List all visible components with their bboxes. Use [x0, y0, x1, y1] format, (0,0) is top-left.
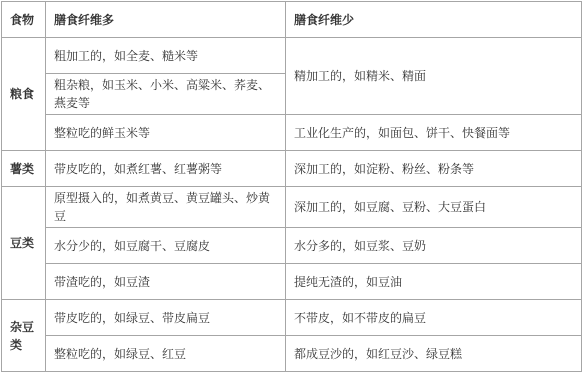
- cell-tubers-low-1: 深加工的，如淀粉、粉丝、粉条等: [286, 151, 582, 187]
- cell-beans-high-3: 带渣吃的，如豆渣: [46, 264, 286, 300]
- cell-mixed-beans-low-1: 不带皮，如不带皮的扁豆: [286, 300, 582, 336]
- group-beans: 豆类: [2, 187, 46, 300]
- cell-grains-high-2: 粗杂粮，如玉米、小米、高粱米、荞麦、燕麦等: [46, 74, 286, 115]
- table-row: 整粒吃的鲜玉米等 工业化生产的，如面包、饼干、快餐面等: [2, 115, 582, 151]
- table-row: 粮食 粗加工的，如全麦、糙米等 精加工的，如精米、精面: [2, 38, 582, 74]
- table-row: 整粒吃的，如绿豆、红豆 都成豆沙的，如红豆沙、绿豆糕: [2, 336, 582, 372]
- group-grains: 粮食: [2, 38, 46, 151]
- cell-tubers-high-1: 带皮吃的，如煮红薯、红薯粥等: [46, 151, 286, 187]
- cell-beans-high-1: 原型摄入的，如煮黄豆、黄豆罐头、炒黄豆: [46, 187, 286, 228]
- header-high-fiber: 膳食纤维多: [46, 2, 286, 38]
- cell-grains-high-1: 粗加工的，如全麦、糙米等: [46, 38, 286, 74]
- table-row: 薯类 带皮吃的，如煮红薯、红薯粥等 深加工的，如淀粉、粉丝、粉条等: [2, 151, 582, 187]
- table-header-row: 食物 膳食纤维多 膳食纤维少: [2, 2, 582, 38]
- header-low-fiber: 膳食纤维少: [286, 2, 582, 38]
- cell-beans-high-2: 水分少的，如豆腐干、豆腐皮: [46, 228, 286, 264]
- cell-beans-low-3: 提纯无渣的，如豆油: [286, 264, 582, 300]
- cell-mixed-beans-low-2: 都成豆沙的，如红豆沙、绿豆糕: [286, 336, 582, 372]
- group-mixed-beans: 杂豆类: [2, 300, 46, 372]
- table-row: 豆类 原型摄入的，如煮黄豆、黄豆罐头、炒黄豆 深加工的，如豆腐、豆粉、大豆蛋白: [2, 187, 582, 228]
- cell-grains-high-3: 整粒吃的鲜玉米等: [46, 115, 286, 151]
- cell-grains-low-3: 工业化生产的，如面包、饼干、快餐面等: [286, 115, 582, 151]
- group-tubers: 薯类: [2, 151, 46, 187]
- fiber-table-container: 食物 膳食纤维多 膳食纤维少 粮食 粗加工的，如全麦、糙米等 精加工的，如精米、…: [1, 1, 582, 372]
- cell-beans-low-1: 深加工的，如豆腐、豆粉、大豆蛋白: [286, 187, 582, 228]
- cell-grains-low-merged: 精加工的，如精米、精面: [286, 38, 582, 115]
- header-food: 食物: [2, 2, 46, 38]
- cell-beans-low-2: 水分多的，如豆浆、豆奶: [286, 228, 582, 264]
- table-row: 杂豆类 带皮吃的，如绿豆、带皮扁豆 不带皮，如不带皮的扁豆: [2, 300, 582, 336]
- cell-mixed-beans-high-1: 带皮吃的，如绿豆、带皮扁豆: [46, 300, 286, 336]
- cell-mixed-beans-high-2: 整粒吃的，如绿豆、红豆: [46, 336, 286, 372]
- table-row: 水分少的，如豆腐干、豆腐皮 水分多的，如豆浆、豆奶: [2, 228, 582, 264]
- dietary-fiber-food-table: 食物 膳食纤维多 膳食纤维少 粮食 粗加工的，如全麦、糙米等 精加工的，如精米、…: [1, 1, 582, 372]
- table-row: 带渣吃的，如豆渣 提纯无渣的，如豆油: [2, 264, 582, 300]
